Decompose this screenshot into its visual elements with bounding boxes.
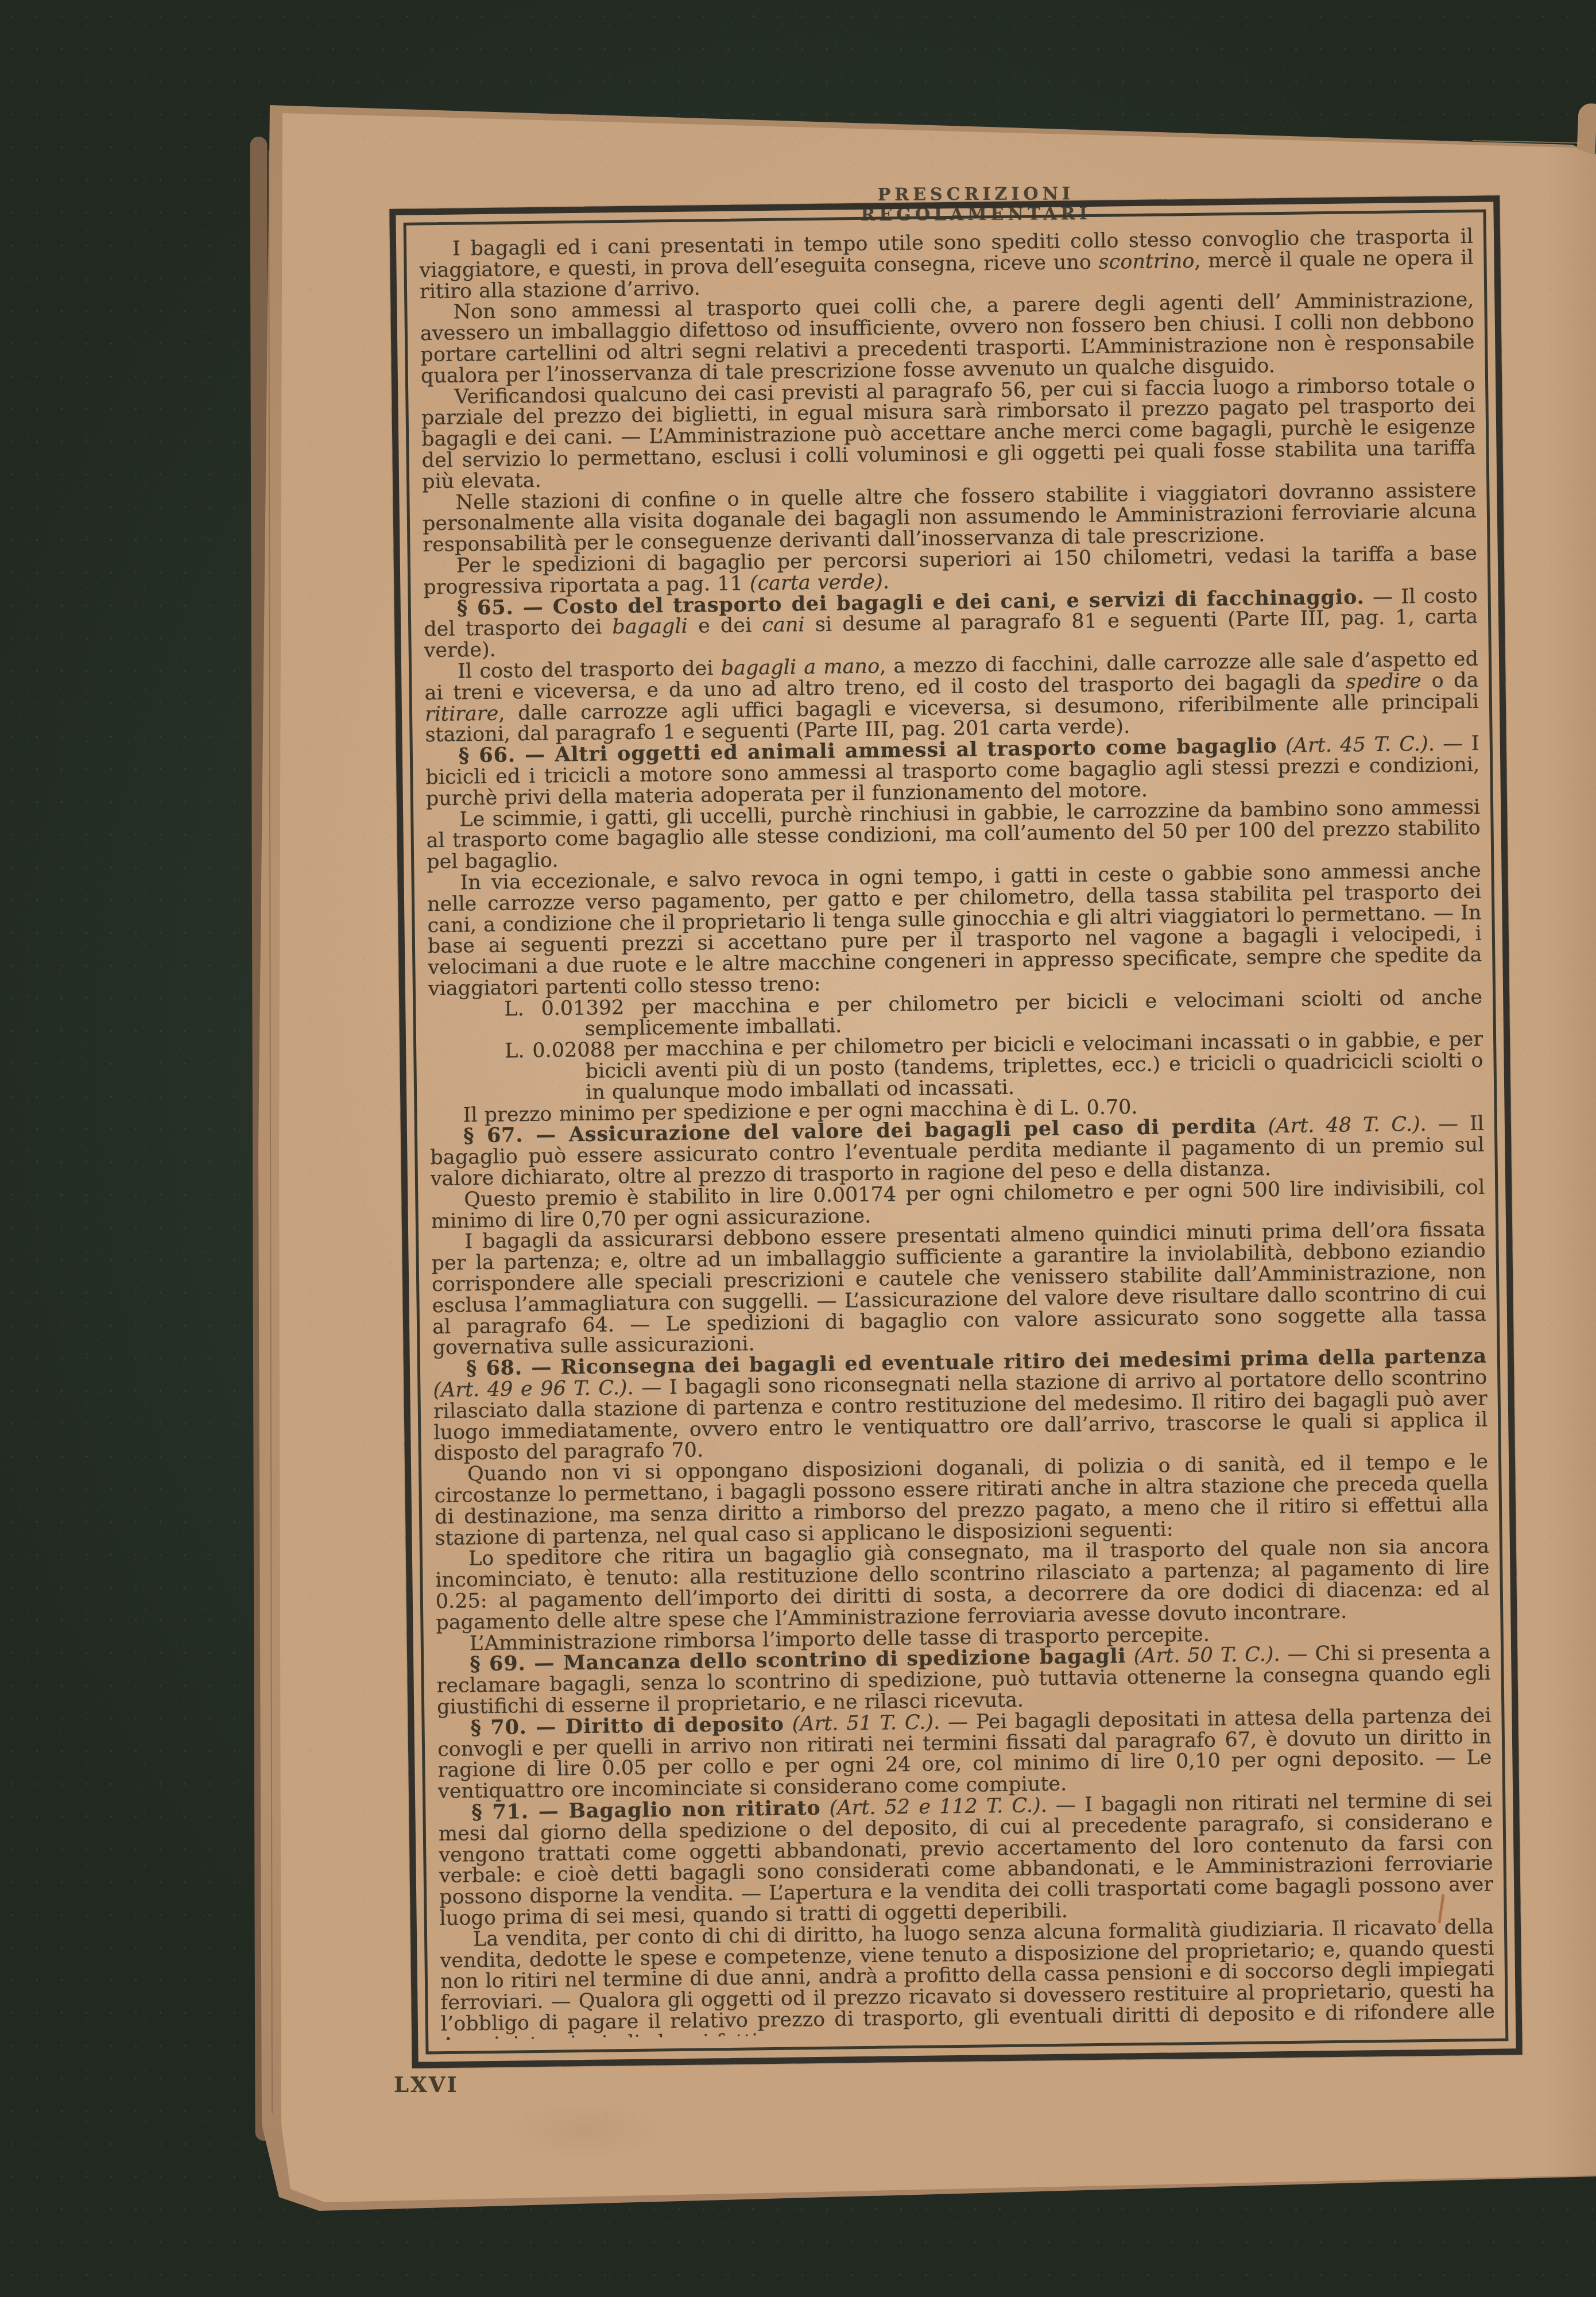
paragraph: Non sono ammessi al trasporto quei colli… bbox=[420, 289, 1475, 387]
double-rule-frame: I bagagli ed i cani presentati in tempo … bbox=[389, 195, 1522, 2068]
paragraph: § 70. — Diritto di deposito (Art. 51 T. … bbox=[437, 1705, 1492, 1803]
paragraph: In via eccezionale, e salvo revoca in og… bbox=[427, 860, 1482, 1000]
paragraph: Quando non vi si oppongano disposizioni … bbox=[434, 1452, 1489, 1549]
paragraph: La vendita, per conto di chi di diritto,… bbox=[440, 1916, 1495, 2040]
paragraph: I bagagli da assicurarsi debbono essere … bbox=[431, 1219, 1487, 1359]
paragraph: § 68. — Riconsegna dei bagagli ed eventu… bbox=[433, 1346, 1488, 1464]
document-body: I bagagli ed i cani presentati in tempo … bbox=[419, 226, 1495, 2040]
paragraph: Verificandosi qualcuno dei casi previsti… bbox=[421, 374, 1476, 492]
double-rule-frame-inner: I bagagli ed i cani presentati in tempo … bbox=[404, 210, 1509, 2055]
paragraph: § 71. — Bagaglio non ritirato (Art. 52 e… bbox=[438, 1790, 1494, 1929]
footer-page-number: LXVI bbox=[394, 2072, 459, 2097]
paragraph: Lo speditore che ritira un bagaglio già … bbox=[435, 1536, 1490, 1634]
scan-background: { "page": { "header": "PRESCRIZIONI REGO… bbox=[0, 0, 1596, 2297]
paragraph: Il costo del trasporto dei bagagli a man… bbox=[424, 649, 1479, 747]
paper-stain bbox=[505, 2102, 666, 2159]
